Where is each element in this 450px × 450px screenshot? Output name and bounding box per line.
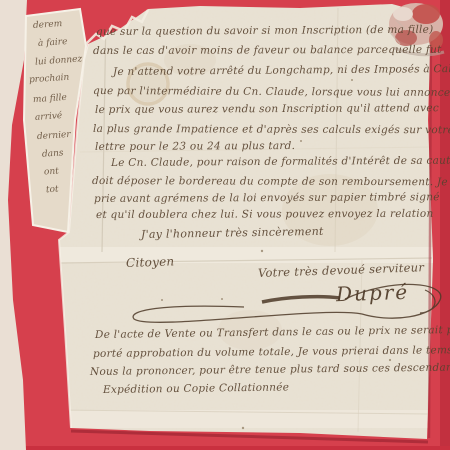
margin-fragment: tot [46, 185, 59, 196]
handwriting-line: dans le cas d'avoir moins de faveur ou b… [93, 44, 442, 57]
handwriting-line: lettre pour le 23 ou 24 au plus tard. [95, 140, 295, 153]
red-backdrop-bottom-dark [0, 446, 450, 450]
handwriting-line: Le Cn. Claude, pour raison de formalités… [111, 155, 450, 169]
bottom-fold-highlight [60, 410, 435, 428]
handwriting-line: que par l'intermédiaire du Cn. Claude, l… [93, 85, 450, 99]
signature: Dupré [336, 280, 410, 307]
handwriting-line: et qu'il doublera chez lui. Si vous pouv… [96, 208, 434, 221]
margin-fragment: à faire [38, 37, 68, 49]
margin-fragment: derem [33, 19, 63, 31]
letter-photo: derem à faire lui donnez prochain ma fil… [0, 0, 450, 450]
handwriting-line: la plus grande Impatience et d'après ses… [93, 123, 450, 136]
handwriting-line: que sur la question du savoir si mon Ins… [96, 24, 434, 38]
handwriting-line: le prix que vous aurez vendu son Inscrip… [95, 102, 439, 116]
salutation: Citoyen [126, 254, 175, 270]
handwriting-line: doit déposer le bordereau du compte de s… [92, 175, 450, 188]
margin-fragment: arrivé [35, 111, 63, 123]
margin-fragment: dans [42, 148, 64, 159]
handwriting-line: prie avant agrémens de la loi envoyés su… [94, 191, 440, 205]
margin-fragment: ont [44, 166, 60, 177]
